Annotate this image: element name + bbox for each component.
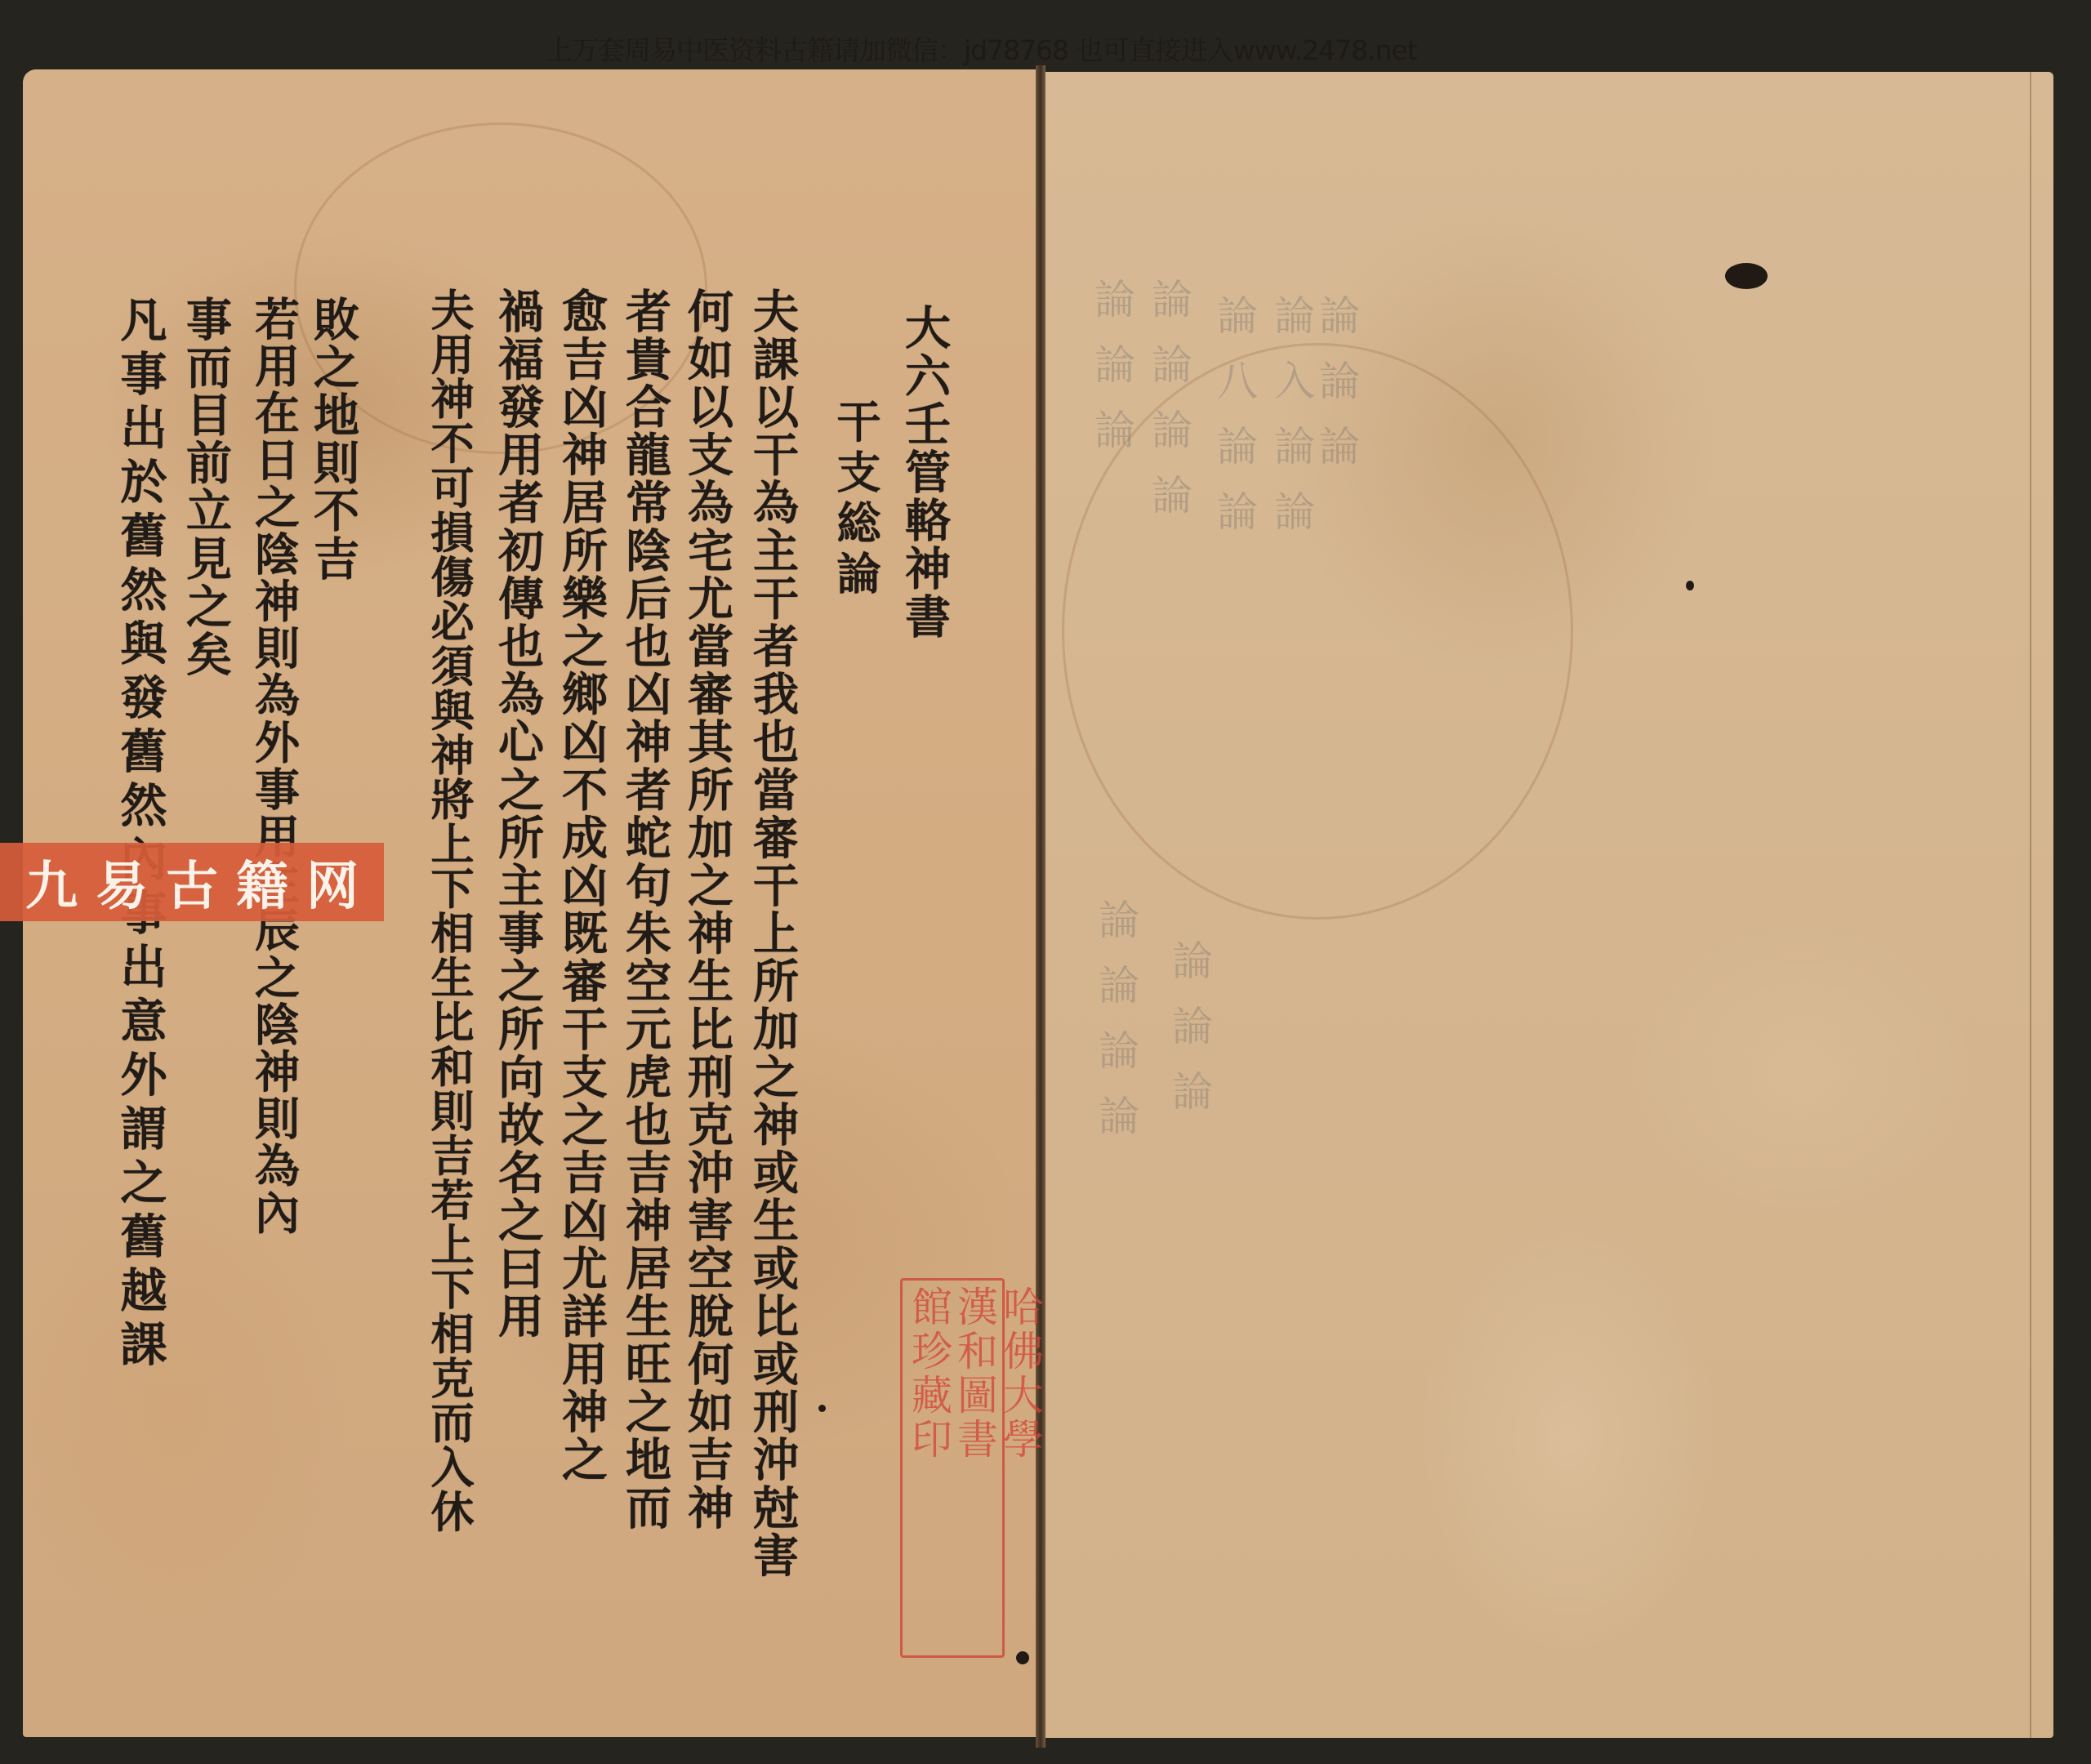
text-column: 事而目前立見之矣 [173,296,239,679]
page-edge-line [2030,72,2031,1738]
ink-spot [1686,581,1694,590]
ink-spot [1016,1651,1029,1664]
site-watermark-banner: 九易古籍网 [0,843,384,921]
text-column: 若用在日之陰神則為外事用在辰之陰神則為內 [242,296,306,1236]
text-column: 禍福發用者初傳也為心之所主事之所向故名之曰用 [485,287,551,1340]
seal-text: 館珍藏印 [906,1285,952,1650]
banner-text: 九易古籍网 [7,844,377,920]
ink-spot [1725,263,1768,289]
text-column: 者貴合龍常陰后也凶神者蛇句朱空元虎也吉神居生旺之地而 [613,287,678,1532]
ink-spot [818,1405,826,1412]
bleed-through-text: 論論論 [1307,294,1366,490]
watermark-text: 上万套周易中医资料古籍请加微信：jd78768 也可直接进入www.2478.n… [546,31,1550,70]
bleed-through-text: 論論論論 [1139,278,1198,539]
seal-text: 漢和圖書 [952,1285,997,1650]
seal-text: 哈佛大學 [997,1285,1043,1650]
bleed-through-text: 論八論論 [1205,294,1264,555]
text-column: 凡事出於舊然與發舊然內事出意外謂之舊越課 [106,296,173,1374]
section-title: 干支総論 [825,399,888,601]
text-column: 何如以支為宅尤當審其所加之神生比刑克沖害空脫何如吉神 [675,287,740,1532]
bleed-through-text: 論論論 [1160,939,1219,1135]
text-column: 夫用神不可損傷必須與神將上下相生比和則吉若上下相克而入休 [418,287,480,1534]
bleed-through-text: 論論論 [1082,278,1141,474]
text-column: 愈吉凶神居所樂之鄉凶不成凶既審干支之吉凶尤詳用神之 [549,287,614,1484]
book-title: 大六壬管輅神書 [892,304,957,641]
text-column: 夫課以干為主干者我也當審干上所加之神或生或比或刑沖尅害 [740,287,805,1579]
library-seal: 哈佛大學 漢和圖書 館珍藏印 [900,1278,1005,1658]
text-column: 敗之地則不吉 [301,296,366,583]
bleed-through-text: 論論論論 [1086,898,1145,1160]
